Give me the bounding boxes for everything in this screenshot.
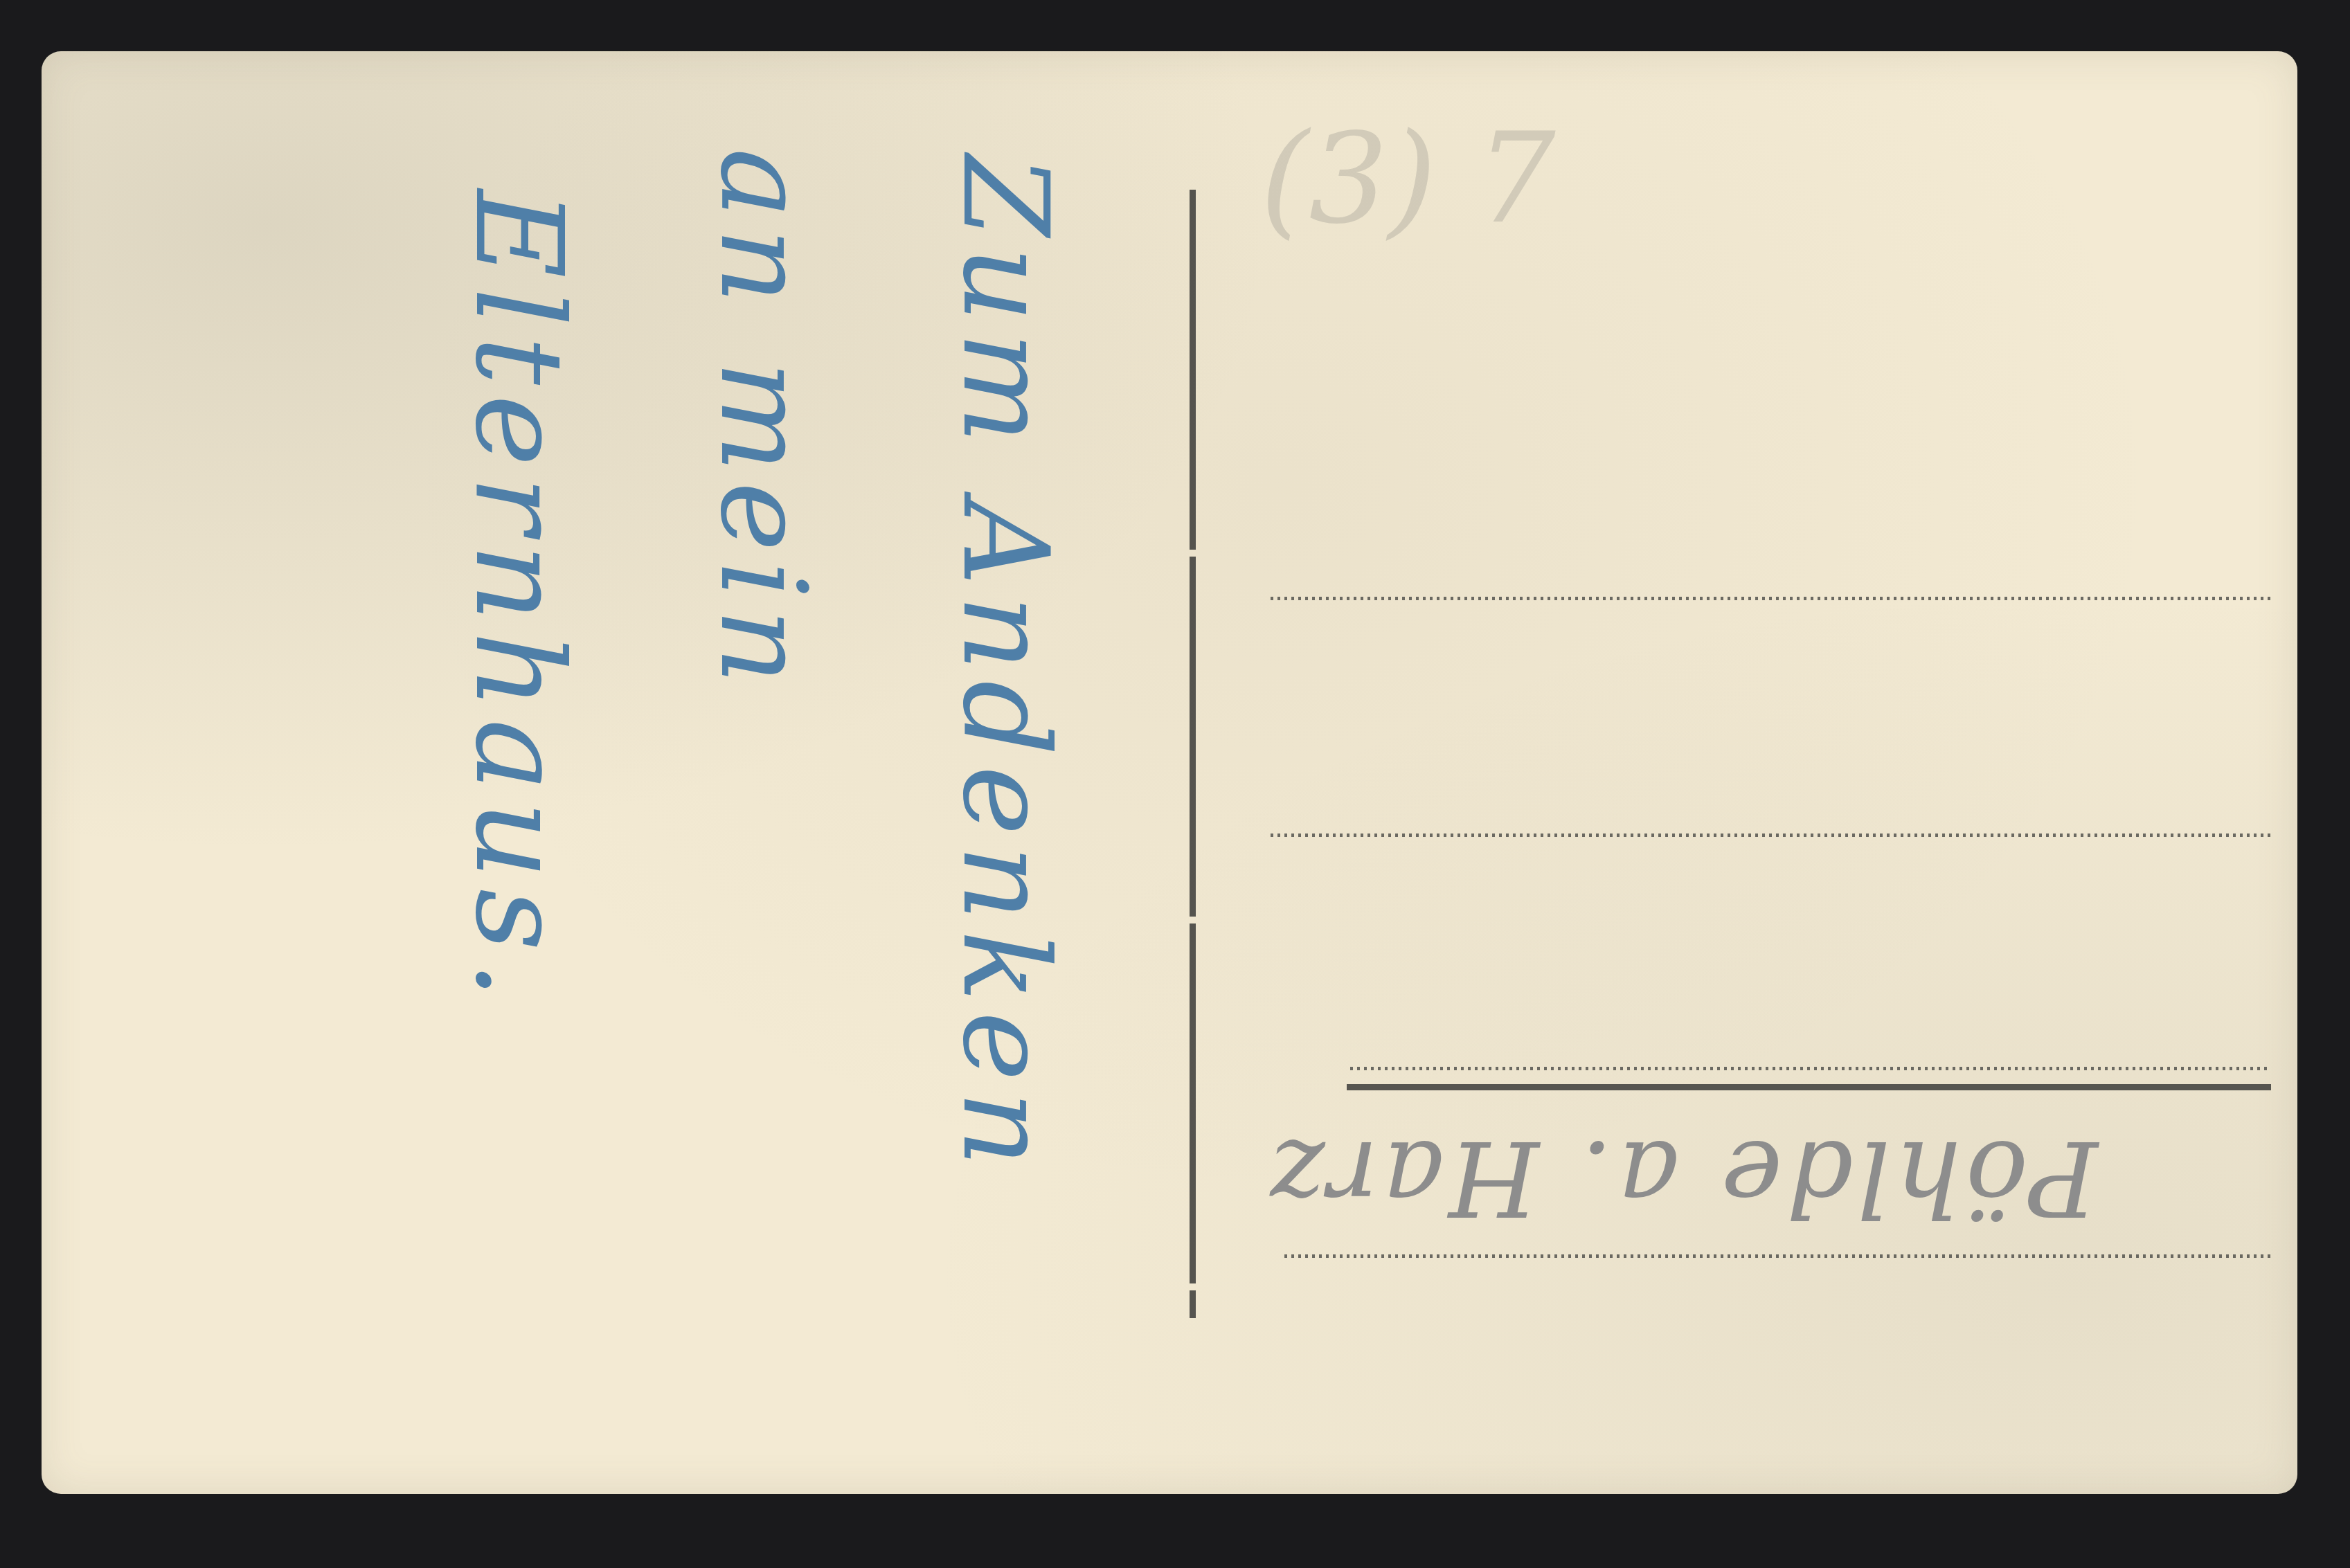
pencil-location-note: Pöhlde a. Harz [1288, 1117, 2098, 1238]
message-line-3: Elternhaus. [448, 190, 589, 1009]
address-line-1 [1271, 597, 2271, 600]
address-line-2 [1271, 833, 2271, 837]
address-line-3-dotted [1350, 1067, 2271, 1070]
faint-pencil-marks: (3) 7 [1260, 107, 1556, 251]
message-line-2: an mein [694, 148, 831, 694]
center-divider-line [1190, 190, 1196, 1318]
message-line-1: Zum Andenken [936, 155, 1073, 1176]
address-line-4 [1284, 1254, 2271, 1258]
postcard-back: (3) 7 Pöhlde a. Harz Zum Andenken an mei… [42, 51, 2297, 1494]
address-line-3-solid [1347, 1084, 2271, 1090]
